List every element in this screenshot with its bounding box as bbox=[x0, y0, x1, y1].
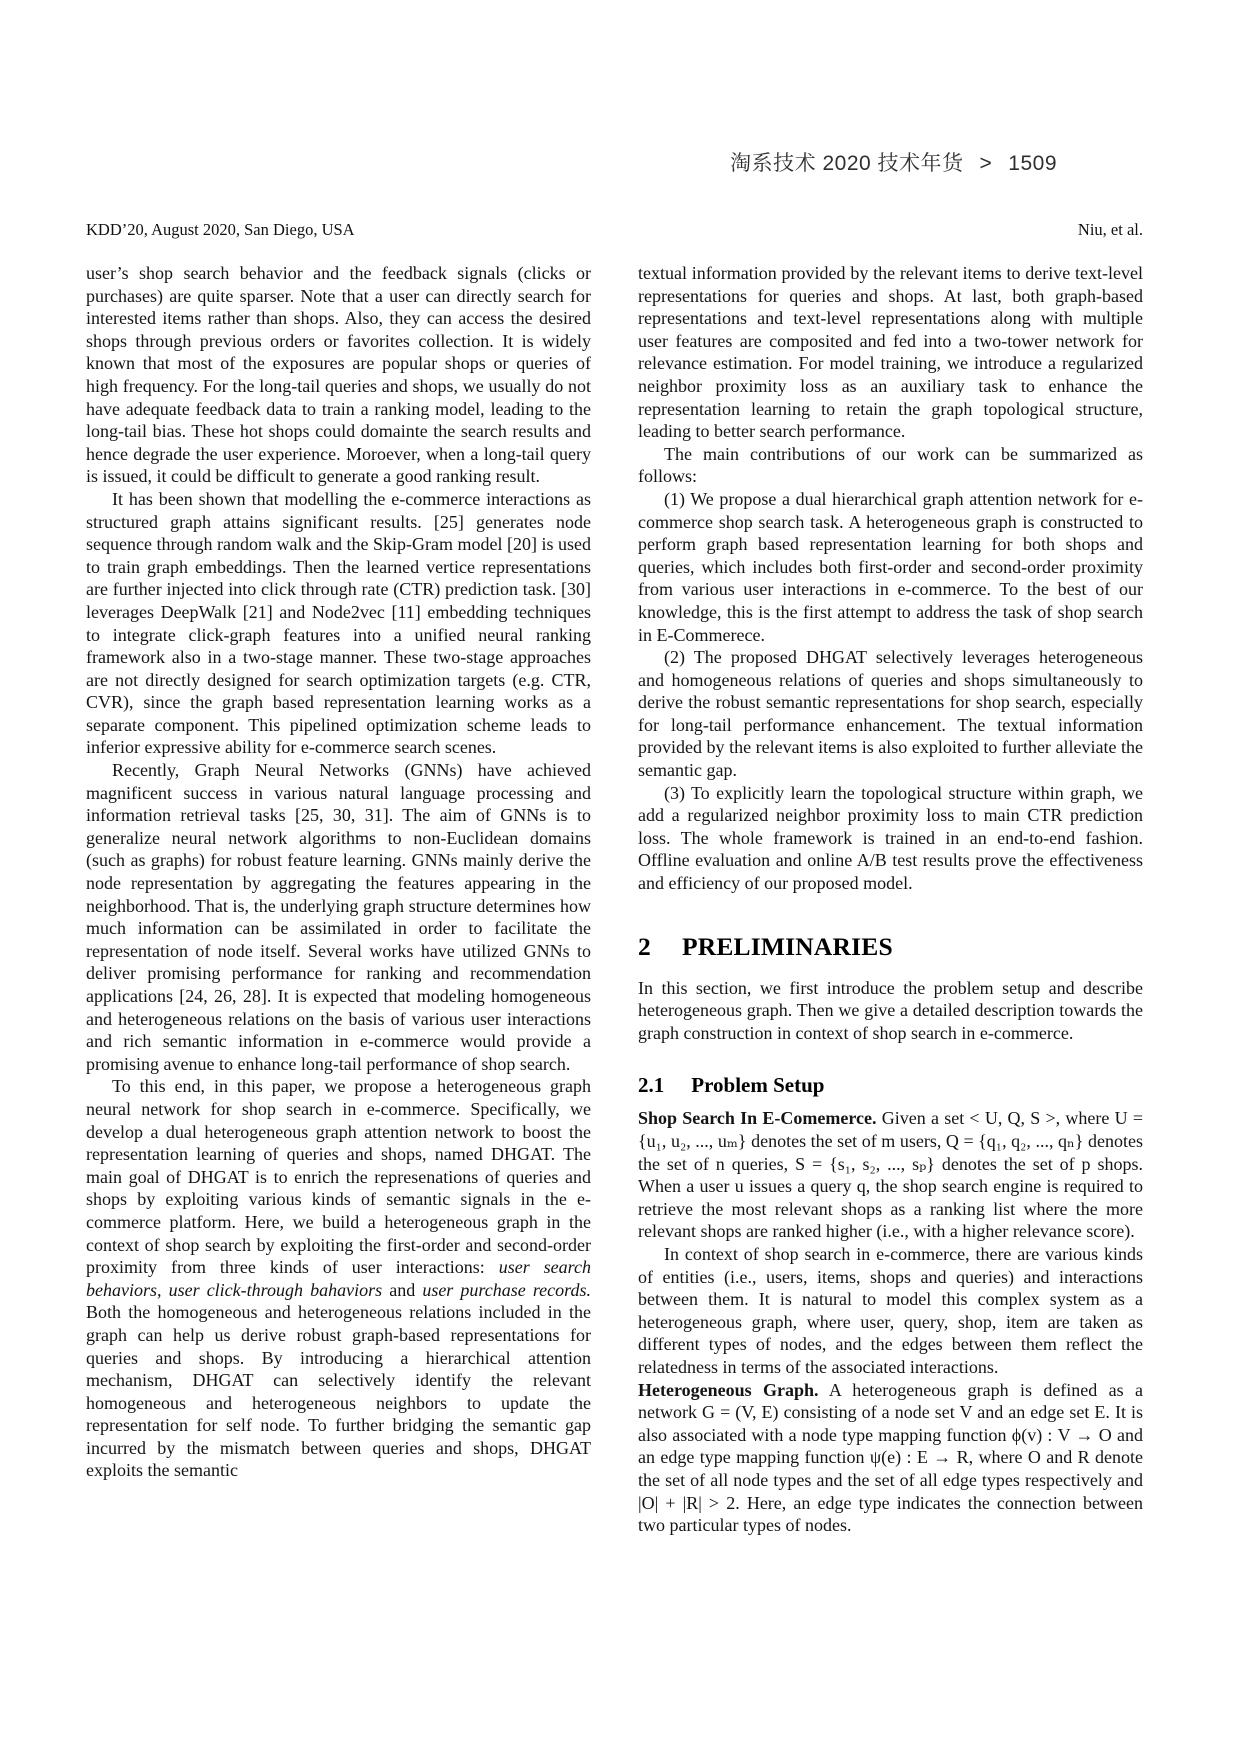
breadcrumb-separator: > bbox=[980, 152, 993, 175]
paragraph: Shop Search In E-Comemerce. Given a set … bbox=[638, 1107, 1143, 1243]
running-header-conference: KDD’20, August 2020, San Diego, USA bbox=[86, 220, 355, 240]
heading-title: PRELIMINARIES bbox=[682, 932, 893, 961]
paragraph: (2) The proposed DHGAT selectively lever… bbox=[638, 646, 1143, 782]
paragraph: Recently, Graph Neural Networks (GNNs) h… bbox=[86, 759, 591, 1075]
paragraph: user’s shop search behavior and the feed… bbox=[86, 262, 591, 488]
section-heading: 2PRELIMINARIES bbox=[638, 932, 1143, 962]
text-segment: and bbox=[382, 1280, 422, 1300]
heading-title: Problem Setup bbox=[691, 1073, 824, 1097]
text-segment: (2) The proposed DHGAT selectively lever… bbox=[638, 647, 1143, 780]
text-segment: (3) To explicitly learn the topological … bbox=[638, 783, 1143, 893]
paragraph: To this end, in this paper, we propose a… bbox=[86, 1075, 591, 1482]
running-header: KDD’20, August 2020, San Diego, USA Niu,… bbox=[86, 220, 1143, 240]
page-body: user’s shop search behavior and the feed… bbox=[86, 262, 1143, 1537]
paragraph: It has been shown that modelling the e-c… bbox=[86, 488, 591, 759]
text-segment: The main contributions of our work can b… bbox=[638, 444, 1143, 487]
heading-number: 2.1 bbox=[638, 1073, 664, 1097]
text-segment: A heterogeneous graph is defined as a ne… bbox=[638, 1380, 1143, 1536]
paragraph: In context of shop search in e-commerce,… bbox=[638, 1243, 1143, 1379]
text-segment: It has been shown that modelling the e-c… bbox=[86, 489, 591, 758]
left-column: user’s shop search behavior and the feed… bbox=[86, 262, 591, 1537]
paragraph: The main contributions of our work can b… bbox=[638, 443, 1143, 488]
text-segment: Both the homogeneous and heterogeneous r… bbox=[86, 1302, 591, 1480]
site-header: 淘系技术 2020 技术年货>1509 bbox=[0, 147, 1057, 177]
text-segment: In context of shop search in e-commerce,… bbox=[638, 1244, 1143, 1377]
text-segment: Shop Search In E-Comemerce. bbox=[638, 1108, 877, 1128]
running-header-authors: Niu, et al. bbox=[1078, 220, 1143, 240]
paragraph: (1) We propose a dual hierarchical graph… bbox=[638, 488, 1143, 646]
paragraph: textual information provided by the rele… bbox=[638, 262, 1143, 443]
site-header-title: 淘系技术 2020 技术年货 bbox=[730, 152, 963, 175]
paragraph: (3) To explicitly learn the topological … bbox=[638, 782, 1143, 895]
text-segment: Heterogeneous Graph. bbox=[638, 1380, 819, 1400]
subsection-heading: 2.1Problem Setup bbox=[638, 1073, 1143, 1098]
heading-number: 2 bbox=[638, 932, 651, 961]
text-segment: To this end, in this paper, we propose a… bbox=[86, 1076, 591, 1277]
text-segment: (1) We propose a dual hierarchical graph… bbox=[638, 489, 1143, 645]
text-segment: Recently, Graph Neural Networks (GNNs) h… bbox=[86, 760, 591, 1074]
text-segment: textual information provided by the rele… bbox=[638, 263, 1143, 441]
page: { "header": { "site": "淘系技术 2020 技术年货", … bbox=[0, 0, 1240, 1755]
text-segment: user purchase records. bbox=[422, 1280, 591, 1300]
text-segment: user’s shop search behavior and the feed… bbox=[86, 263, 591, 486]
right-column: textual information provided by the rele… bbox=[638, 262, 1143, 1537]
text-segment: In this section, we first introduce the … bbox=[638, 978, 1143, 1043]
paragraph: Heterogeneous Graph. A heterogeneous gra… bbox=[638, 1379, 1143, 1537]
page-number: 1509 bbox=[1008, 152, 1057, 175]
paragraph: In this section, we first introduce the … bbox=[638, 977, 1143, 1045]
